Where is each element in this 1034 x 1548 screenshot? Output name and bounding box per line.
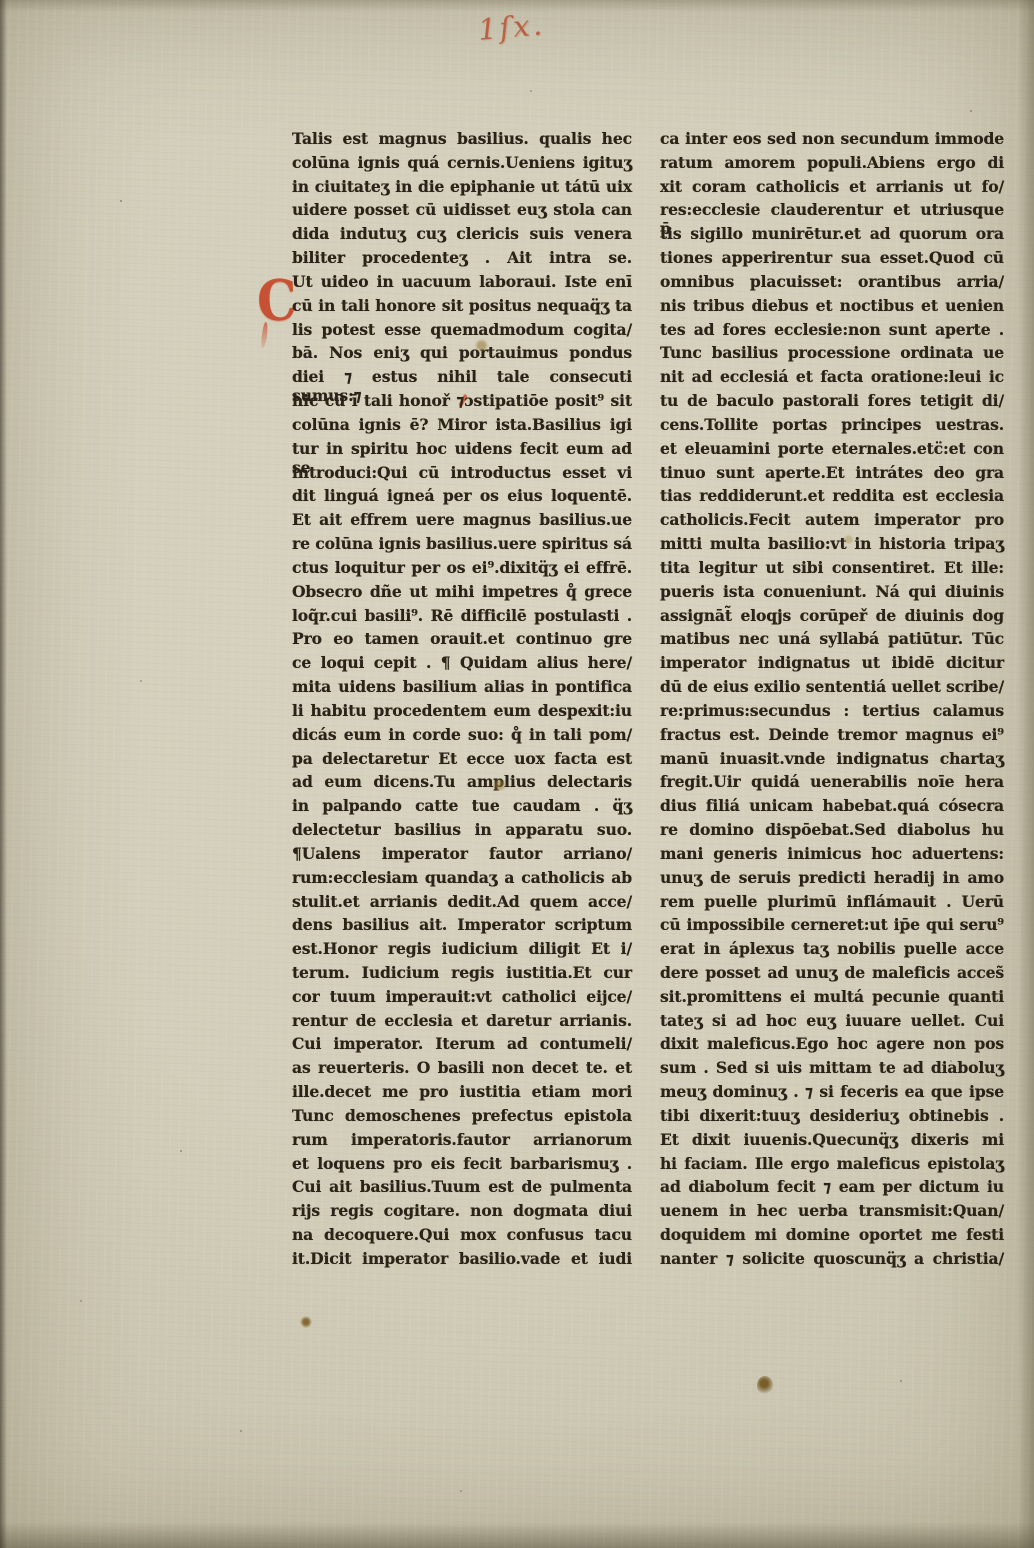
text-line: imperator indignatus ut ibidē dicitur <box>660 653 1004 677</box>
paper-stain <box>757 1376 773 1395</box>
text-line: mita uidens basilium alias in pontifica <box>292 677 632 701</box>
text-line: Tunc demoschenes prefectus epistola <box>292 1106 632 1130</box>
text-line: Ut uideo in uacuum laboraui. Iste enī <box>292 272 632 296</box>
text-line: manū inuasit.vnde indignatus chartaʒ <box>660 749 1004 773</box>
text-line: re:primus:secundus : tertius calamus <box>660 701 1004 725</box>
text-line: xit coram catholicis et arrianis ut fo/ <box>660 177 1004 201</box>
text-line: tis sigillo munirētur.et ad quorum ora <box>660 224 1004 248</box>
text-line: res:ecclesie clauderentur et utriusque p… <box>660 200 1004 224</box>
text-line: dicás eum in corde suo: q̊ in tali pom/ <box>292 725 632 749</box>
text-line: assignāt̃ eloqjs corūpeř de diuinis dog <box>660 606 1004 630</box>
text-line: re domino dispōebat.Sed diabolus hu <box>660 820 1004 844</box>
text-line: as reuerteris. O basili non decet te. et <box>292 1058 632 1082</box>
text-line: introduci:Qui cū introductus esset vi <box>292 463 632 487</box>
text-line: colūna ignis quá cernis.Ueniens igituʒ <box>292 153 632 177</box>
text-line: dere posset ad unuʒ de maleficis acces̃ <box>660 963 1004 987</box>
text-line: mani generis inimicus hoc aduertens: <box>660 844 1004 868</box>
text-column-left: Talis est magnus basilius. qualis heccol… <box>292 129 632 1273</box>
text-line: li habitu procedentem eum despexit:iu <box>292 701 632 725</box>
text-line: rum imperatoris.fautor arrianorum <box>292 1130 632 1154</box>
text-line: in ciuitateʒ in die epiphanie ut tátū ui… <box>292 177 632 201</box>
text-line: diei ⁊ estus nihil tale consecuti sumus:… <box>292 367 632 391</box>
text-line: et eleuamini porte eternales.etc̈:et con <box>660 439 1004 463</box>
text-line: matibus nec uná syllabá patiūtur. Tūc <box>660 629 1004 653</box>
text-line: omnibus placuisset: orantibus arria/ <box>660 272 1004 296</box>
text-line: sit.promittens ei multá pecunie quanti <box>660 987 1004 1011</box>
text-line: hi faciam. Ille ergo maleficus epistolaʒ <box>660 1154 1004 1178</box>
text-line: dius filiá unicam habebat.quá cósecra <box>660 796 1004 820</box>
text-line: Cui ait basilius.Tuum est de pulmenta <box>292 1177 632 1201</box>
text-line: catholicis.Fecit autem imperator pro <box>660 510 1004 534</box>
text-line: loq̃r.cui basili⁹. Rē difficilē postulas… <box>292 606 632 630</box>
text-line: pueris ista conueniunt. Ná qui diuinis <box>660 582 1004 606</box>
text-line: Talis est magnus basilius. qualis hec <box>292 129 632 153</box>
text-line: dida indutuʒ cuʒ clericis suis venera <box>292 224 632 248</box>
text-line: dit linguá igneá per os eius loquentē. <box>292 486 632 510</box>
incunabulum-page: 1ſx. C Talis est magnus basilius. qualis… <box>0 0 1034 1548</box>
text-line: ca inter eos sed non secundum immode <box>660 129 1004 153</box>
text-line: lis potest esse quemadmodum cogita/ <box>292 320 632 344</box>
text-line: fregit.Uir quidá uenerabilis noīe hera <box>660 772 1004 796</box>
text-line: fractus est. Deinde tremor magnus ei⁹ <box>660 725 1004 749</box>
text-column-right: ca inter eos sed non secundum immoderatu… <box>660 129 1004 1273</box>
text-line: Tunc basilius processione ordinata ue <box>660 343 1004 367</box>
paper-specks <box>120 200 122 202</box>
text-line: rem puelle plurimū inflámauit . Uerū <box>660 892 1004 916</box>
paper-stain <box>300 1316 312 1328</box>
text-line: nis tribus diebus et noctibus et uenien <box>660 296 1004 320</box>
text-line: ¶Ualens imperator fautor arriano/ <box>292 844 632 868</box>
text-line: dens basilius ait. Imperator scriptum <box>292 915 632 939</box>
text-line: ce loqui cepit . ¶ Quidam alius here/ <box>292 653 632 677</box>
text-line: hic cū ī tali honoř ⁊ɔstipatiōe posit⁹ s… <box>292 391 632 415</box>
text-line: nit ad ecclesiá et facta oratione:leui i… <box>660 367 1004 391</box>
text-line: stulit.et arrianis dedit.Ad quem acce/ <box>292 892 632 916</box>
text-line: cū in tali honore sit positus nequaq̈ʒ t… <box>292 296 632 320</box>
text-line: mitti multa basilio:vt in historia tripa… <box>660 534 1004 558</box>
text-line: nanter ⁊ solicite quoscunq̈ʒ a christia/ <box>660 1249 1004 1273</box>
text-line: unuʒ de seruis predicti heradij in amo <box>660 868 1004 892</box>
text-line: tes ad fores ecclesie:non sunt aperte . <box>660 320 1004 344</box>
text-line: tur in spiritu hoc uidens fecit eum ad s… <box>292 439 632 463</box>
text-line: ille.decet me pro iustitia etiam mori <box>292 1082 632 1106</box>
text-line: doquidem mi domine oportet me festi <box>660 1225 1004 1249</box>
text-line: bā. Nos eniʒ qui portauimus pondus <box>292 343 632 367</box>
text-line: et loquens pro eis fecit barbarismuʒ . <box>292 1154 632 1178</box>
text-line: tibi dixerit:tuuʒ desideriuʒ obtinebis . <box>660 1106 1004 1130</box>
text-line: tiones apperirentur sua esset.Quod cū <box>660 248 1004 272</box>
text-line: sum . Sed si uis mittam te ad diaboluʒ <box>660 1058 1004 1082</box>
text-line: Et ait effrem uere magnus basilius.ue <box>292 510 632 534</box>
text-line: dū de eius exilio sententiá uellet scrib… <box>660 677 1004 701</box>
text-line: ad eum dicens.Tu amplius delectaris <box>292 772 632 796</box>
text-line: tu de baculo pastorali fores tetigit di/ <box>660 391 1004 415</box>
text-line: est.Honor regis iudicium diligit Et i/ <box>292 939 632 963</box>
text-line: cor tuum imperauit:vt catholici eijce/ <box>292 987 632 1011</box>
text-line: cū impossibile cerneret:ut ip̄e qui seru… <box>660 915 1004 939</box>
text-line: Cui imperator. Iterum ad contumeli/ <box>292 1034 632 1058</box>
text-line: rijs regis cogitare. non dogmata diui <box>292 1201 632 1225</box>
text-line: na decoquere.Qui mox confusus tacu <box>292 1225 632 1249</box>
text-line: tateʒ si ad hoc euʒ iuuare uellet. Cui <box>660 1011 1004 1035</box>
text-line: ratum amorem populi.Abiens ergo di <box>660 153 1004 177</box>
text-line: cens.Tollite portas principes uestras. <box>660 415 1004 439</box>
text-line: uidere posset cū uidisset euʒ stola can <box>292 200 632 224</box>
text-line: Pro eo tamen orauit.et continuo gre <box>292 629 632 653</box>
text-line: colūna ignis ē? Miror ista.Basilius igi <box>292 415 632 439</box>
text-line: Et dixit iuuenis.Quecunq̈ʒ dixeris mi <box>660 1130 1004 1154</box>
text-line: it.Dicit imperator basilio.vade et iudi <box>292 1249 632 1273</box>
text-line: terum. Iudicium regis iustitia.Et cur <box>292 963 632 987</box>
text-line: tinuo sunt aperte.Et intrátes deo gra <box>660 463 1004 487</box>
text-line: re colūna ignis basilius.uere spiritus s… <box>292 534 632 558</box>
folio-number-handwritten: 1ſx. <box>477 7 546 47</box>
text-line: erat in áplexus taʒ nobilis puelle acce <box>660 939 1004 963</box>
text-line: dixit maleficus.Ego hoc agere non pos <box>660 1034 1004 1058</box>
text-line: pa delectaretur Et ecce uox facta est <box>292 749 632 773</box>
text-line: ad diabolum fecit ⁊ eam per dictum iu <box>660 1177 1004 1201</box>
text-line: rentur de ecclesia et daretur arrianis. <box>292 1011 632 1035</box>
text-line: uenem in hec uerba transmisit:Quan/ <box>660 1201 1004 1225</box>
text-line: meuʒ dominuʒ . ⁊ si feceris ea que ipse <box>660 1082 1004 1106</box>
text-line: in palpando catte tue caudam . q̈ʒ <box>292 796 632 820</box>
text-line: rum:ecclesiam quandaʒ a catholicis ab <box>292 868 632 892</box>
text-line: delectetur basilius in apparatu suo. <box>292 820 632 844</box>
text-line: tita legitur ut sibi consentiret. Et ill… <box>660 558 1004 582</box>
text-line: Obsecro dñe ut mihi impetres q̊ grece <box>292 582 632 606</box>
text-line: biliter procedenteʒ . Ait intra se. <box>292 248 632 272</box>
text-line: ctus loquitur per os ei⁹.dixitq̈ʒ ei eff… <box>292 558 632 582</box>
text-line: tias reddiderunt.et reddita est ecclesia <box>660 486 1004 510</box>
